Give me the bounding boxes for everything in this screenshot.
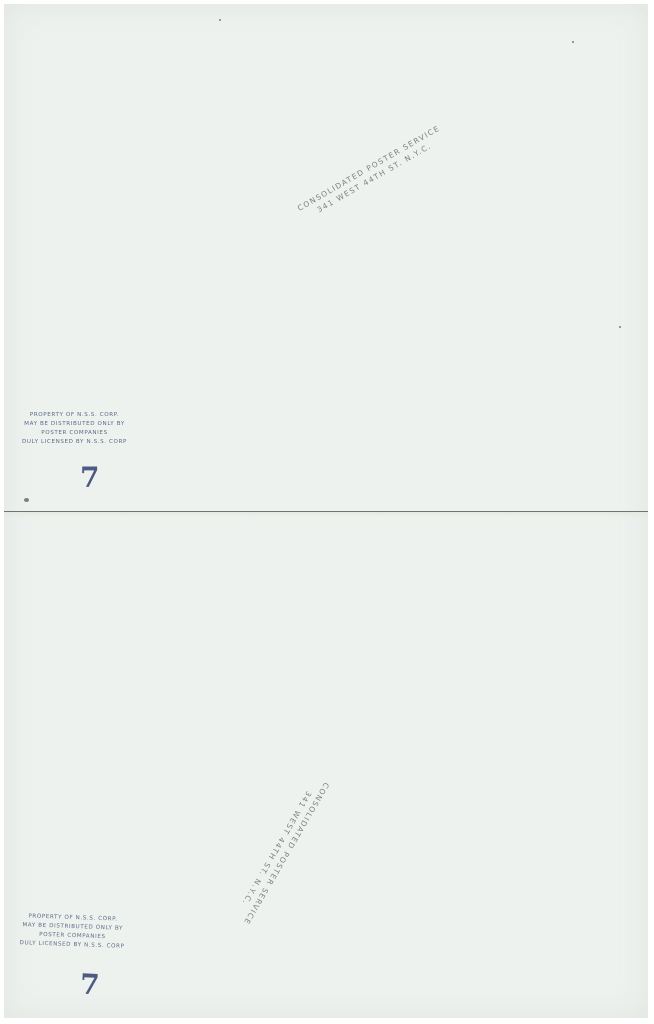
stamp-line: PROPERTY OF N.S.S. CORP. — [22, 411, 127, 420]
sheet-number: 7 — [80, 461, 99, 494]
property-stamp: PROPERTY OF N.S.S. CORP. MAY BE DISTRIBU… — [22, 411, 127, 447]
speck — [572, 41, 574, 43]
stamp-line: POSTER COMPANIES — [22, 429, 127, 438]
ink-smudge — [24, 498, 29, 502]
sheet-number: 7 — [79, 968, 100, 1002]
speck — [619, 326, 621, 328]
fold-shadow — [4, 512, 648, 518]
stamp-line: DULY LICENSED BY N.S.S. CORP — [22, 438, 127, 447]
stamp-line: MAY BE DISTRIBUTED ONLY BY — [22, 420, 127, 429]
speck — [219, 19, 221, 21]
property-stamp: PROPERTY OF N.S.S. CORP. MAY BE DISTRIBU… — [19, 912, 125, 952]
